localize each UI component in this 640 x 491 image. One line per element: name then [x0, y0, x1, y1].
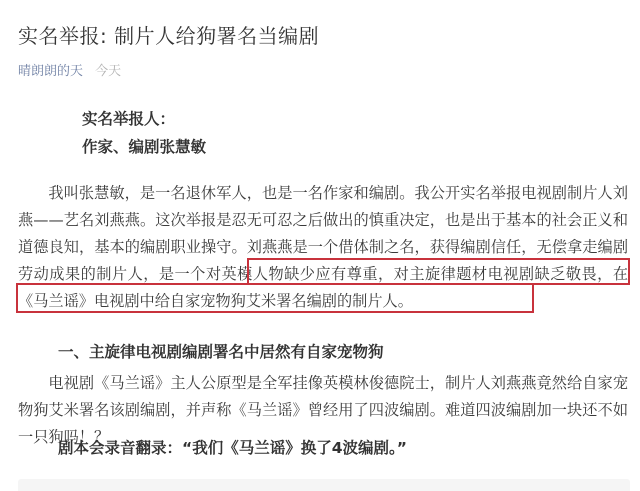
- article-title: 实名举报: 制片人给狗署名当编剧: [18, 20, 319, 49]
- author-link[interactable]: 晴朗朗的天: [18, 64, 83, 79]
- reporter-block: 实名举报人： 作家、编剧张慧敏: [82, 105, 206, 161]
- article-meta: 晴朗朗的天 今天: [18, 60, 121, 79]
- publish-date: 今天: [95, 64, 121, 79]
- section-heading: 一、主旋律电视剧编剧署名中居然有自家宠物狗: [58, 340, 384, 362]
- reporter-label: 实名举报人：: [82, 105, 206, 133]
- reporter-name: 作家、编剧张慧敏: [82, 133, 206, 161]
- body-paragraph-1: 我叫张慧敏，是一名退休军人，也是一名作家和编剧。我公开实名举报电视剧制片人刘燕—…: [18, 180, 628, 315]
- footer-box: [18, 479, 630, 491]
- recording-quote: 剧本会录音翻录：“我们《马兰谣》换了4波编剧。”: [58, 436, 407, 458]
